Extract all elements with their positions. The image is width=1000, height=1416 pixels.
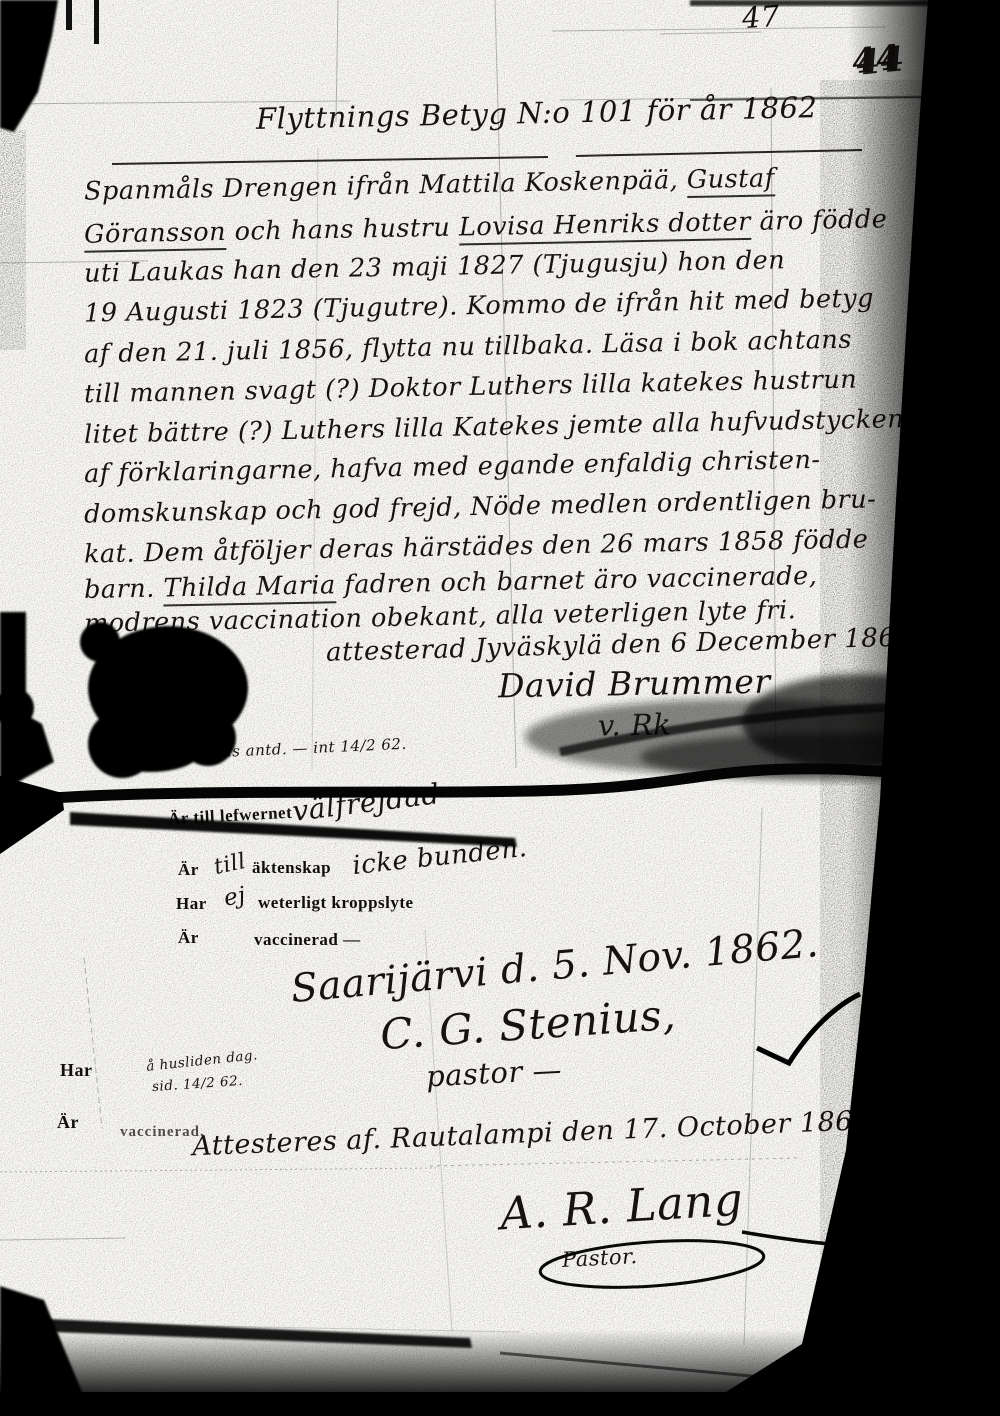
written-valfrejdad: välfrejdad [291, 777, 442, 828]
left-edge-grain [0, 130, 26, 350]
right-edge-shadow [848, 0, 928, 1350]
column-line-stub-1 [66, 0, 72, 30]
scan-border-top-right [690, 0, 930, 6]
signature-david-brummer: David Brummer [498, 662, 771, 706]
small-note-line-1: å husliden dag. [145, 1047, 258, 1075]
underlined-name-goransson: Göransson [84, 217, 227, 253]
bottom-streak-thin [500, 1353, 882, 1388]
body-text: fadren och barnet äro vaccinerade, [335, 561, 817, 600]
scanned-document-page: 47 44 Flyttnings Betyg N:o 101 för år 18… [0, 0, 1000, 1416]
page-number-side: 44 [850, 38, 902, 83]
right-edge-grain [820, 80, 930, 1350]
printed-har: Har [176, 894, 207, 914]
page-number-top: 47 [741, 0, 781, 35]
underlined-name-thilda: Thilda Maria [163, 570, 336, 606]
column-line-stub-2 [94, 0, 99, 44]
bottom-streak [26, 1318, 472, 1348]
written-ej: ej [222, 882, 248, 911]
margin-note: t. Laukas antd. — int 14/2 62. [166, 735, 407, 763]
small-note-line-2: sid. 14/2 62. [152, 1073, 244, 1095]
body-text: äro födde [751, 204, 888, 237]
printed-aktenskap: äktenskap [252, 858, 331, 878]
scan-border-bottom-left [0, 1286, 92, 1416]
printed-left-har: Har [60, 1060, 93, 1081]
title-underline [112, 150, 862, 164]
pen-flourish-check [757, 994, 860, 1063]
body-line-3: uti Laukas han den 23 maji 1827 (Tjugusj… [84, 245, 786, 288]
scan-border-top-left [0, 0, 58, 132]
signature-stenius-title: pastor — [425, 1052, 563, 1093]
body-line-8: af förklaringarne, hafva med egande enfa… [84, 445, 821, 489]
printed-vaccinerad: vaccinerad — [254, 930, 361, 950]
underlined-name-lovisa: Lovisa Henriks dotter [459, 207, 752, 246]
body-text: och hans hustru [226, 213, 459, 247]
signature-note-v-rk: v. Rk [598, 707, 672, 742]
lower-attestation-line: Attesteres af. Rautalampi den 17. Octobe… [192, 1105, 881, 1162]
written-till: till [212, 849, 248, 880]
scan-border-bottom [0, 1392, 1000, 1416]
printed-row-lefwernet: Är till lefwernet [168, 803, 293, 829]
body-line-1: Spanmåls Drengen ifrån Mattila Koskenpää… [84, 163, 775, 206]
body-line-4: 19 Augusti 1823 (Tjugutre). Kommo de ifr… [84, 283, 874, 328]
body-line-9: domskunskap och god frejd, Nöde medlen o… [84, 484, 877, 529]
body-line-6: till mannen svagt (?) Doktor Luthers lil… [84, 365, 858, 410]
body-text: barn. [84, 574, 164, 606]
signature-lang-title: Pastor. [561, 1244, 638, 1272]
body-line-5: af den 21. juli 1856, flytta nu tillbaka… [84, 325, 852, 370]
printed-left-ar: Är [57, 1112, 79, 1133]
signature-a-r-lang: A. R. Lang [499, 1173, 745, 1241]
written-icke-bunden: icke bunden. [351, 833, 529, 881]
tear-shadow [640, 733, 1000, 781]
certificate-title: Flyttnings Betyg N:o 101 för år 1862 [256, 90, 818, 136]
body-line-7: litet bättre (?) Luthers lilla Katekes j… [84, 404, 905, 450]
printed-ar-4: Är [178, 928, 199, 948]
printed-kroppslyte: weterligt kroppslyte [258, 893, 414, 913]
bottom-scan-shadow [0, 1330, 1000, 1400]
ink-blot [0, 612, 248, 792]
body-text: Spanmåls Drengen ifrån Mattila Koskenpää… [84, 165, 687, 207]
underlined-name-gustaf: Gustaf [687, 163, 775, 198]
body-line-2: Göransson och hans hustru Lovisa Henriks… [84, 204, 888, 249]
printed-ar-2: Är [178, 860, 199, 880]
